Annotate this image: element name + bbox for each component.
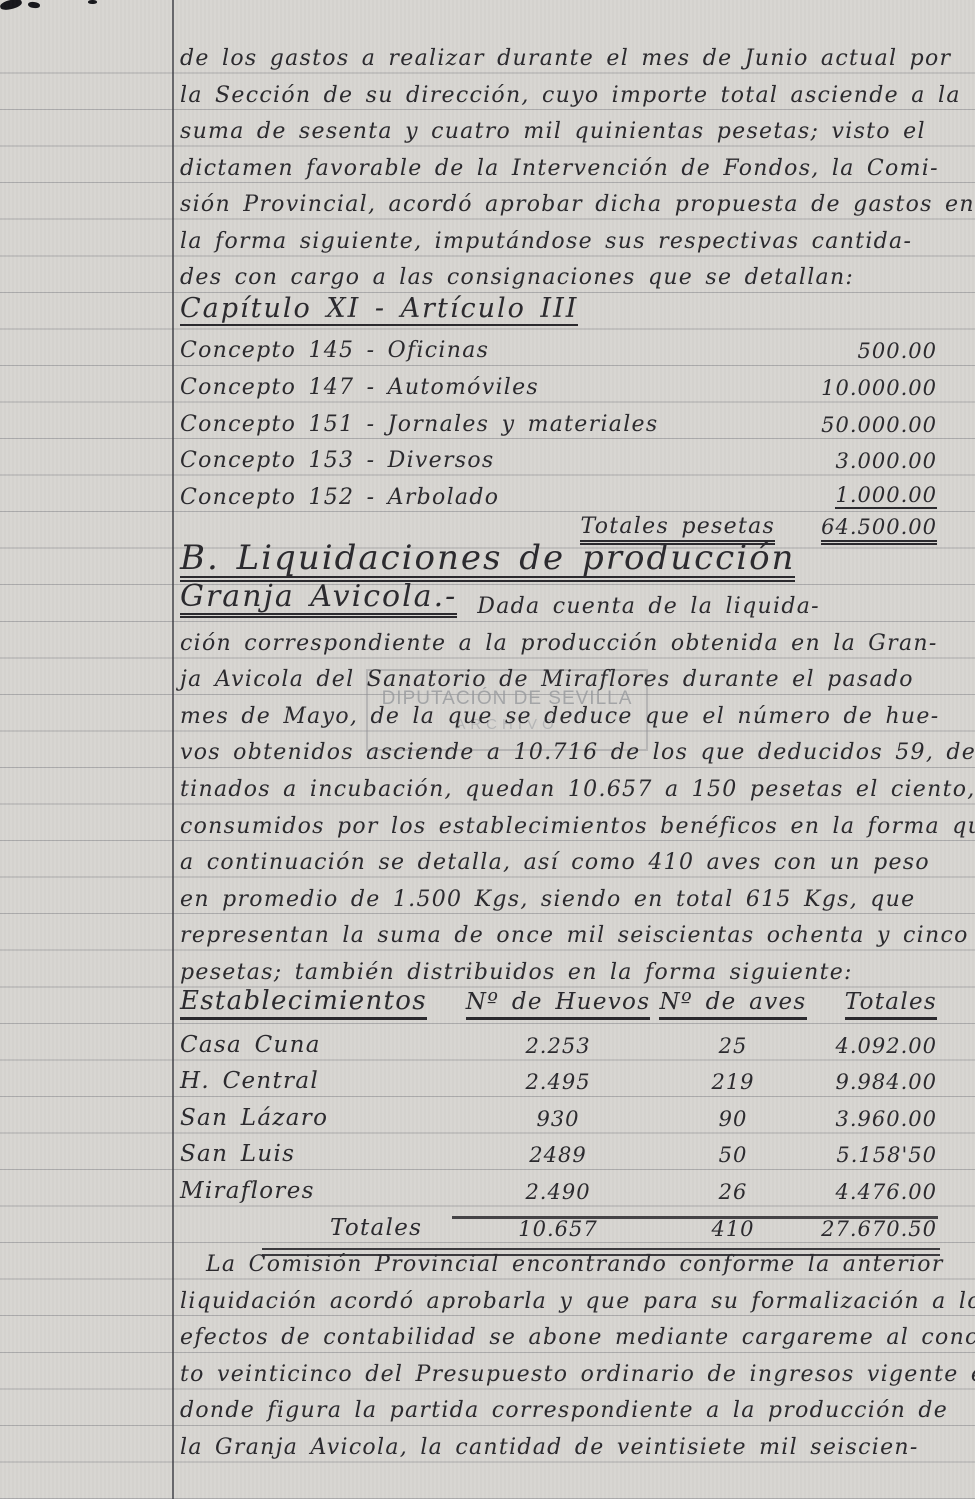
manuscript-line: la forma siguiente, imputándose sus resp…	[180, 219, 937, 256]
cell-name: H. Central	[180, 1070, 458, 1093]
cell-total: 3.960.00	[808, 1109, 937, 1130]
cell-aves: 219	[658, 1072, 808, 1093]
ink-blot	[0, 0, 23, 12]
table-header-cell: Nº de Huevos	[458, 991, 658, 1020]
line-text: des con cargo a las consignaciones que s…	[180, 267, 854, 289]
line-text: consumidos por los establecimientos bené…	[180, 816, 975, 838]
manuscript-line: efectos de contabilidad se abone mediant…	[180, 1316, 937, 1353]
header-aves: Nº de aves	[659, 991, 806, 1020]
cell-name: San Lázaro	[180, 1107, 458, 1130]
cell-aves: 90	[658, 1109, 808, 1130]
total-value: 4.476.00	[835, 1180, 937, 1204]
table-row: Casa Cuna 2.253 25 4.092.00	[180, 1023, 937, 1060]
concept-row: Concepto 153 - Diversos 3.000.00	[180, 439, 937, 476]
granja-heading: Granja Avicola.-	[180, 582, 457, 618]
cell-huevos: 2.490	[458, 1182, 658, 1203]
cell-total: 9.984.00	[808, 1072, 937, 1093]
concept-amount: 3.000.00	[835, 451, 937, 472]
concept-label: Concepto 145 - Oficinas	[180, 340, 489, 362]
totals-label: Totales	[330, 1215, 422, 1241]
manuscript-line: ja Avicola del Sanatorio de Miraflores d…	[180, 658, 937, 695]
totals-total: 27.670.50	[821, 1217, 937, 1241]
aves-value: 25	[719, 1034, 748, 1058]
aves-value: 50	[719, 1143, 748, 1167]
cell-name: Casa Cuna	[180, 1034, 458, 1057]
cell-name: San Luis	[180, 1143, 458, 1166]
total-value: 5.158'50	[836, 1143, 937, 1167]
line-text: de los gastos a realizar durante el mes …	[180, 48, 951, 70]
concept-label: Concepto 153 - Diversos	[180, 450, 495, 472]
aves-value: 219	[711, 1070, 754, 1094]
manuscript-line: La Comisión Provincial encontrando confo…	[180, 1243, 937, 1280]
section-b-heading: B. Liquidaciones de producción	[180, 541, 795, 582]
aves-value: 26	[719, 1180, 748, 1204]
header-totales: Totales	[845, 991, 937, 1020]
line-text: tinados a incubación, quedan 10.657 a 15…	[180, 779, 975, 801]
manuscript-line: donde figura la partida correspondiente …	[180, 1389, 937, 1426]
manuscript-line: en promedio de 1.500 Kgs, siendo en tota…	[180, 877, 937, 914]
line-text: a continuación se detalla, así como 410 …	[180, 852, 930, 874]
manuscript-line: suma de sesenta y cuatro mil quinientas …	[180, 110, 937, 147]
manuscript-line: liquidación acordó aprobarla y que para …	[180, 1279, 937, 1316]
manuscript-line: mes de Mayo, de la que se deduce que el …	[180, 694, 937, 731]
line-text: La Comisión Provincial encontrando confo…	[180, 1254, 944, 1276]
line-text: mes de Mayo, de la que se deduce que el …	[180, 706, 939, 728]
cell-aves: 50	[658, 1145, 808, 1166]
manuscript-line: a continuación se detalla, así como 410 …	[180, 841, 937, 878]
line-text: ja Avicola del Sanatorio de Miraflores d…	[180, 669, 914, 691]
manuscript-text-column: de los gastos a realizar durante el mes …	[180, 37, 937, 1462]
concept-row: Concepto 145 - Oficinas 500.00	[180, 329, 937, 366]
line-text: liquidación acordó aprobarla y que para …	[180, 1291, 975, 1313]
manuscript-line: des con cargo a las consignaciones que s…	[180, 256, 937, 293]
manuscript-line: representan la suma de once mil seiscien…	[180, 914, 937, 951]
cell-huevos: 2.495	[458, 1072, 658, 1093]
cell-aves: 25	[658, 1036, 808, 1057]
huevos-value: 2.490	[525, 1180, 590, 1204]
manuscript-line: de los gastos a realizar durante el mes …	[180, 37, 937, 74]
concept-amount: 500.00	[858, 341, 937, 362]
total-value: 4.092.00	[835, 1034, 937, 1058]
line-text: representan la suma de once mil seiscien…	[180, 925, 969, 947]
concept-row: Concepto 147 - Automóviles 10.000.00	[180, 365, 937, 402]
concept-label: Concepto 151 - Jornales y materiales	[180, 414, 658, 436]
manuscript-line: sión Provincial, acordó aprobar dicha pr…	[180, 183, 937, 220]
line-text: efectos de contabilidad se abone mediant…	[180, 1327, 975, 1349]
cell-aves: 26	[658, 1182, 808, 1203]
table-header-cell: Establecimientos	[180, 988, 458, 1020]
table-header-cell: Nº de aves	[658, 991, 808, 1020]
header-huevos: Nº de Huevos	[466, 991, 651, 1020]
manuscript-line: Capítulo XI - Artículo III	[180, 292, 937, 329]
establecimiento-name: Casa Cuna	[180, 1032, 321, 1058]
huevos-value: 2.495	[525, 1070, 590, 1094]
manuscript-line: Granja Avicola.- Dada cuenta de la liqui…	[180, 585, 937, 622]
line-text: en promedio de 1.500 Kgs, siendo en tota…	[180, 889, 915, 911]
establecimiento-name: H. Central	[180, 1068, 319, 1094]
table-row: San Luis 2489 50 5.158'50	[180, 1133, 937, 1170]
cell-total: 4.092.00	[808, 1036, 937, 1057]
total-value: 9.984.00	[835, 1070, 937, 1094]
concept-amount: 50.000.00	[821, 415, 937, 436]
line-text: Dada cuenta de la liquida-	[477, 596, 820, 618]
line-text: dictamen favorable de la Intervención de…	[180, 158, 939, 180]
total-value: 3.960.00	[835, 1107, 937, 1131]
manuscript-line: pesetas; también distribuidos en la form…	[180, 950, 937, 987]
line-text: la Sección de su dirección, cuyo importe…	[180, 85, 961, 107]
cell-total: 4.476.00	[808, 1182, 937, 1203]
concepts-total-amount: 64.500.00	[821, 517, 937, 545]
table-row: H. Central 2.495 219 9.984.00	[180, 1060, 937, 1097]
line-text: sión Provincial, acordó aprobar dicha pr…	[180, 194, 975, 216]
manuscript-line: ción correspondiente a la producción obt…	[180, 621, 937, 658]
cell-total: 27.670.50	[808, 1219, 937, 1240]
table-totals-row: Totales 10.657 410 27.670.50	[180, 1206, 937, 1243]
concept-label: Concepto 152 - Arbolado	[180, 487, 499, 509]
concept-amount: 10.000.00	[821, 378, 937, 399]
manuscript-line: consumidos por los establecimientos bené…	[180, 804, 937, 841]
manuscript-line: la Sección de su dirección, cuyo importe…	[180, 73, 937, 110]
table-header-cell: Totales	[808, 991, 937, 1020]
cell-huevos: 2489	[458, 1145, 658, 1166]
manuscript-line: vos obtenidos asciende a 10.716 de los q…	[180, 731, 937, 768]
concept-label: Concepto 147 - Automóviles	[180, 377, 539, 399]
table-row: San Lázaro 930 90 3.960.00	[180, 1096, 937, 1133]
concept-row: Concepto 151 - Jornales y materiales 50.…	[180, 402, 937, 439]
line-text: la Granja Avicola, la cantidad de veinti…	[180, 1437, 919, 1459]
manuscript-line: to veinticinco del Presupuesto ordinario…	[180, 1352, 937, 1389]
cell-huevos: 930	[458, 1109, 658, 1130]
establecimiento-name: San Luis	[180, 1141, 295, 1167]
ink-blot	[88, 0, 97, 4]
line-text: donde figura la partida correspondiente …	[180, 1400, 948, 1422]
cell-aves: 410	[658, 1219, 808, 1240]
establecimiento-name: San Lázaro	[180, 1105, 328, 1131]
line-text: ción correspondiente a la producción obt…	[180, 633, 938, 655]
line-text: pesetas; también distribuidos en la form…	[180, 962, 853, 984]
totals-huevos: 10.657	[518, 1217, 597, 1241]
line-text: to veinticinco del Presupuesto ordinario…	[180, 1364, 975, 1386]
chapter-heading: Capítulo XI - Artículo III	[180, 295, 578, 326]
manuscript-line: la Granja Avicola, la cantidad de veinti…	[180, 1425, 937, 1462]
ink-blot	[28, 1, 41, 9]
line-text: suma de sesenta y cuatro mil quinientas …	[180, 121, 926, 143]
cell-name: Miraflores	[180, 1180, 458, 1203]
cell-huevos: 2.253	[458, 1036, 658, 1057]
table-header-row: Establecimientos Nº de Huevos Nº de aves…	[180, 987, 937, 1024]
line-text: vos obtenidos asciende a 10.716 de los q…	[180, 742, 975, 764]
table-row: Miraflores 2.490 26 4.476.00	[180, 1169, 937, 1206]
totals-aves: 410	[711, 1217, 754, 1241]
line-text: la forma siguiente, imputándose sus resp…	[180, 231, 912, 253]
manuscript-line: tinados a incubación, quedan 10.657 a 15…	[180, 767, 937, 804]
manuscript-line: dictamen favorable de la Intervención de…	[180, 146, 937, 183]
huevos-value: 930	[536, 1107, 579, 1131]
cell-name: Totales	[180, 1217, 458, 1240]
cell-huevos: 10.657	[458, 1219, 658, 1240]
concept-amount: 1.000.00	[835, 485, 937, 509]
huevos-value: 2.253	[525, 1034, 590, 1058]
cell-total: 5.158'50	[808, 1145, 937, 1166]
concept-row: Concepto 152 - Arbolado 1.000.00	[180, 475, 937, 512]
huevos-value: 2489	[529, 1143, 586, 1167]
margin-rule-line	[172, 0, 174, 1499]
header-establecimientos: Establecimientos	[180, 988, 427, 1020]
aves-value: 90	[719, 1107, 748, 1131]
establecimiento-name: Miraflores	[180, 1178, 315, 1204]
manuscript-page: DIPUTACIÓN DE SEVILLA ARCHIVO de los gas…	[0, 0, 975, 1499]
